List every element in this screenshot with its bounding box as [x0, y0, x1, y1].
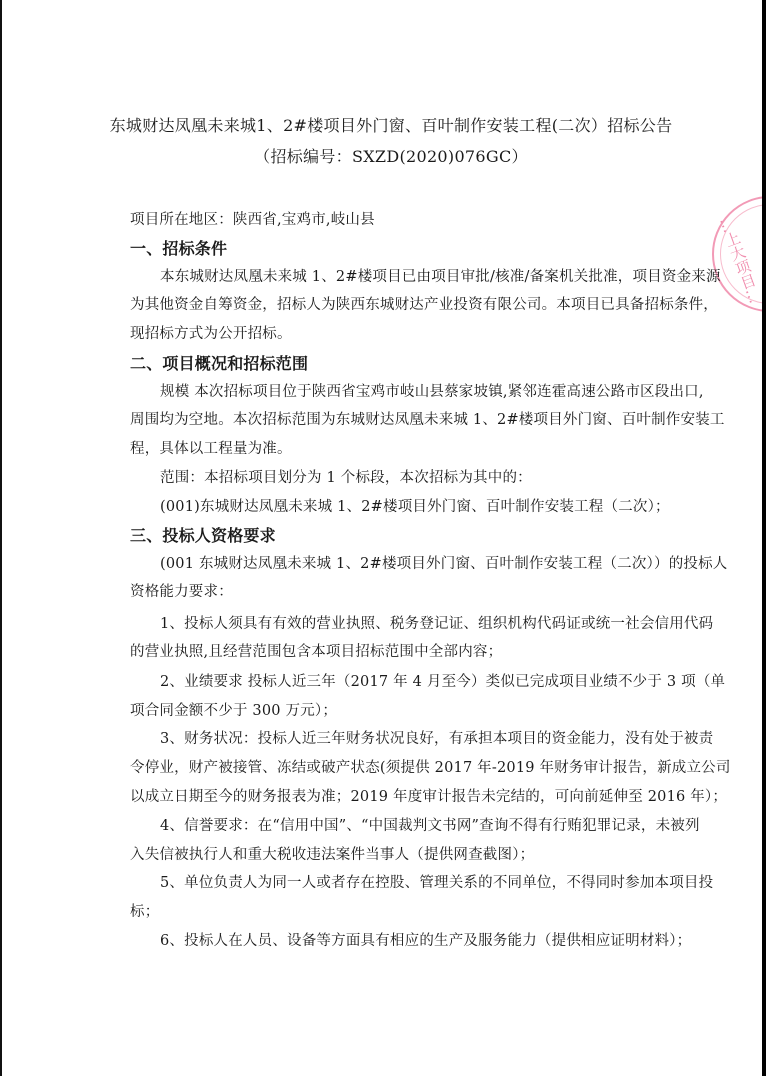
paragraph-line: 范围：本招标项目划分为 1 个标段，本次招标为其中的： [160, 469, 532, 487]
requirement-2-line: 2、业绩要求 投标人近三年（2017 年 4 月至今）类似已完成项目业绩不少于 … [160, 673, 640, 691]
section-heading-bidder-qualifications: 三、投标人资格要求 [130, 527, 276, 545]
requirement-4-line: 入失信被执行人和重大税收违法案件当事人（提供网查截图）； [130, 846, 534, 864]
requirement-4-line: 4、信誉要求：在“信用中国”、“中国裁判文书网”查询不得有行贿犯罪记录，未被列 [160, 817, 640, 835]
paragraph-line: 现招标方式为公开招标。 [130, 325, 292, 343]
paragraph-line: (001 东城财达凤凰未来城 1、2#楼项目外门窗、百叶制作安装工程（二次））的… [160, 555, 640, 573]
paragraph-line: 周围均为空地。本次招标范围为东城财达凤凰未来城 1、2#楼项目外门窗、百叶制作安… [130, 411, 640, 429]
requirement-1-line: 的营业执照,且经营范围包含本项目招标范围中全部内容； [130, 643, 502, 661]
section-heading-bidding-conditions: 一、招标条件 [130, 240, 227, 258]
page-right-border [762, 0, 766, 1076]
requirement-2-line: 项合同金额不少于 300 万元）； [130, 702, 337, 720]
paragraph-line: 规模 本次招标项目位于陕西省宝鸡市岐山县蔡家坡镇,紧邻连霍高速公路市区段出口, [160, 383, 640, 401]
requirement-5-line: 标； [130, 903, 159, 921]
requirement-3-line: 令停业，财产被接管、冻结或破产状态(须提供 2017 年-2019 年财务审计报… [130, 759, 640, 777]
document-title: 东城财达凤凰未来城1、2#楼项目外门窗、百叶制作安装工程(二次）招标公告 [0, 117, 766, 135]
requirement-1-line: 1、投标人须具有有效的营业执照、税务登记证、组织机构代码证或统一社会信用代码 [160, 615, 640, 633]
document-subtitle: （招标编号：SXZD(2020)076GC） [0, 148, 766, 166]
paragraph-line: (001)东城财达凤凰未来城 1、2#楼项目外门窗、百叶制作安装工程（二次）； [160, 498, 670, 516]
requirement-5-line: 5、单位负责人为同一人或者存在控股、管理关系的不同单位，不得同时参加本项目投 [160, 874, 640, 892]
document-page: 东城财达凤凰未来城1、2#楼项目外门窗、百叶制作安装工程(二次）招标公告 （招标… [0, 0, 766, 1076]
project-region: 项目所在地区：陕西省,宝鸡市,岐山县 [130, 211, 375, 229]
paragraph-line: 资格能力要求： [130, 583, 233, 601]
requirement-6-line: 6、投标人在人员、设备等方面具有相应的生产及服务能力（提供相应证明材料）； [160, 932, 691, 950]
paragraph-line: 程，具体以工程量为准。 [130, 440, 292, 458]
section-heading-project-overview: 二、项目概况和招标范围 [130, 355, 308, 373]
paragraph-line: 为其他资金自筹资金，招标人为陕西东城财达产业投资有限公司。本项目已具备招标条件， [130, 296, 640, 314]
requirement-3-line: 3、财务状况：投标人近三年财务状况良好，有承担本项目的资金能力，没有处于被责 [160, 730, 640, 748]
requirement-3-line: 以成立日期至今的财务报表为准；2019 年度审计报告未完结的，可向前延伸至 20… [130, 788, 640, 806]
paragraph-line: 本东城财达凤凰未来城 1、2#楼项目已由项目审批/核准/备案机关批准，项目资金来… [160, 268, 640, 286]
